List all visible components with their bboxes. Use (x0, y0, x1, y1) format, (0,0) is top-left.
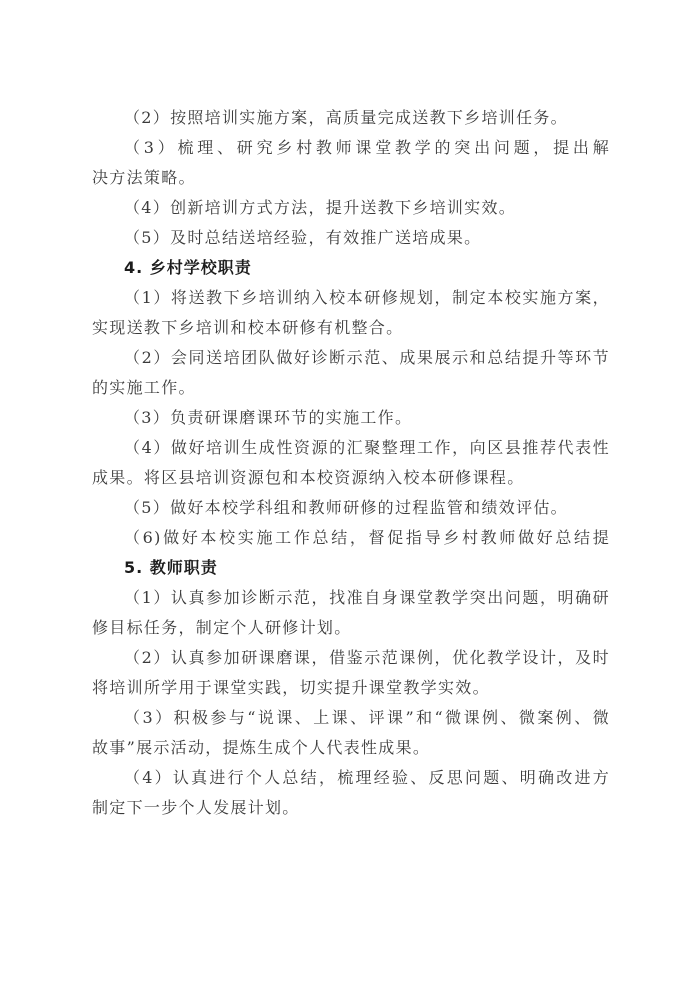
document-body: （2）按照培训实施方案，高质量完成送教下乡培训任务。（3）梳理、研究乡村教师课堂… (92, 103, 610, 823)
text-line: （5）做好本校学科组和教师研修的过程监管和绩效评估。 (92, 493, 610, 523)
text-line: （2）会同送培团队做好诊断示范、成果展示和总结提升等环节 (92, 343, 610, 373)
text-line: （1）将送教下乡培训纳入校本研修规划，制定本校实施方案， (92, 283, 610, 313)
text-line: （1）认真参加诊断示范，找准自身课堂教学突出问题，明确研 (92, 583, 610, 613)
paragraph: （4）做好培训生成性资源的汇聚整理工作，向区县推荐代表性成果。将区县培训资源包和… (92, 433, 610, 493)
text-line: （3）梳理、研究乡村教师课堂教学的突出问题，提出解 (92, 133, 610, 163)
document-page: （2）按照培训实施方案，高质量完成送教下乡培训任务。（3）梳理、研究乡村教师课堂… (0, 0, 700, 993)
text-line: 实现送教下乡培训和校本研修有机整合。 (92, 313, 610, 343)
text-line: 成果。将区县培训资源包和本校资源纳入校本研修课程。 (92, 463, 610, 493)
text-line: （3）积极参与“说课、上课、评课”和“微课例、微案例、微 (92, 703, 610, 733)
paragraph: （4）创新培训方式方法，提升送教下乡培训实效。 (92, 193, 610, 223)
paragraph: （3）梳理、研究乡村教师课堂教学的突出问题，提出解决方法策略。 (92, 133, 610, 193)
text-line: （2）按照培训实施方案，高质量完成送教下乡培训任务。 (92, 103, 610, 133)
text-line: 修目标任务，制定个人研修计划。 (92, 613, 610, 643)
text-line: （2）认真参加研课磨课，借鉴示范课例，优化教学设计，及时 (92, 643, 610, 673)
paragraph: （2）按照培训实施方案，高质量完成送教下乡培训任务。 (92, 103, 610, 133)
section-heading: 5. 教师职责 (92, 553, 610, 583)
text-line: 决方法策略。 (92, 163, 610, 193)
text-line: 制定下一步个人发展计划。 (92, 793, 610, 823)
paragraph: （1）将送教下乡培训纳入校本研修规划，制定本校实施方案，实现送教下乡培训和校本研… (92, 283, 610, 343)
text-line: 将培训所学用于课堂实践，切实提升课堂教学实效。 (92, 673, 610, 703)
paragraph: （5）做好本校学科组和教师研修的过程监管和绩效评估。 (92, 493, 610, 523)
section-heading: 4. 乡村学校职责 (92, 253, 610, 283)
paragraph: （2）认真参加研课磨课，借鉴示范课例，优化教学设计，及时将培训所学用于课堂实践，… (92, 643, 610, 703)
text-line: 故事”展示活动，提炼生成个人代表性成果。 (92, 733, 610, 763)
paragraph: （5）及时总结送培经验，有效推广送培成果。 (92, 223, 610, 253)
text-line: （4）创新培训方式方法，提升送教下乡培训实效。 (92, 193, 610, 223)
paragraph: （1）认真参加诊断示范，找准自身课堂教学突出问题，明确研修目标任务，制定个人研修… (92, 583, 610, 643)
text-line: （4）做好培训生成性资源的汇聚整理工作，向区县推荐代表性 (92, 433, 610, 463)
text-line: 4. 乡村学校职责 (92, 253, 610, 283)
text-line: （6)做好本校实施工作总结，督促指导乡村教师做好总结提升。 (92, 523, 610, 553)
paragraph: （4）认真进行个人总结，梳理经验、反思问题、明确改进方向，制定下一步个人发展计划… (92, 763, 610, 823)
paragraph: （6)做好本校实施工作总结，督促指导乡村教师做好总结提升。 (92, 523, 610, 553)
text-line: 的实施工作。 (92, 373, 610, 403)
paragraph: （2）会同送培团队做好诊断示范、成果展示和总结提升等环节的实施工作。 (92, 343, 610, 403)
text-line: 5. 教师职责 (92, 553, 610, 583)
text-line: （4）认真进行个人总结，梳理经验、反思问题、明确改进方向， (92, 763, 610, 793)
paragraph: （3）负责研课磨课环节的实施工作。 (92, 403, 610, 433)
text-line: （5）及时总结送培经验，有效推广送培成果。 (92, 223, 610, 253)
paragraph: （3）积极参与“说课、上课、评课”和“微课例、微案例、微故事”展示活动，提炼生成… (92, 703, 610, 763)
text-line: （3）负责研课磨课环节的实施工作。 (92, 403, 610, 433)
